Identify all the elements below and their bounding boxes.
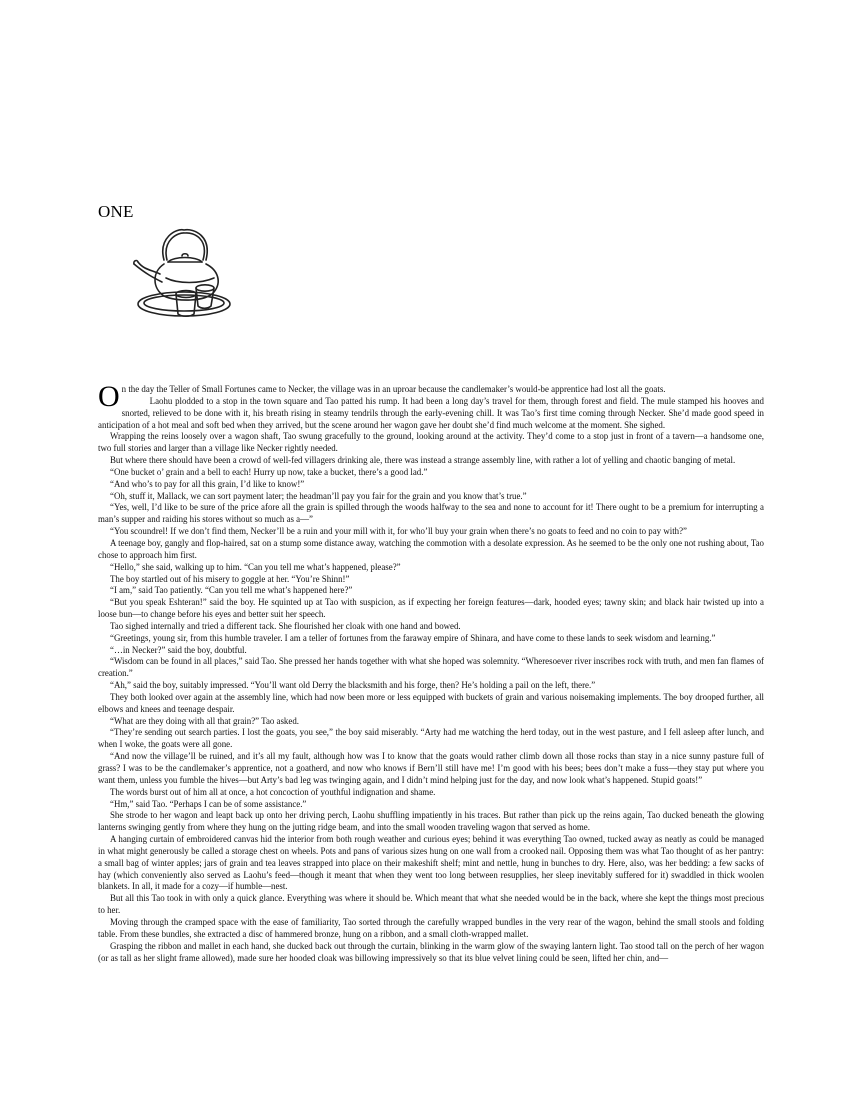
paragraph: “And now the village’ll be ruined, and i…	[98, 751, 764, 787]
paragraph: A teenage boy, gangly and flop-haired, s…	[98, 538, 764, 562]
paragraph: She strode to her wagon and leapt back u…	[98, 810, 764, 834]
paragraph: “Hello,” she said, walking up to him. “C…	[98, 562, 764, 574]
paragraph: “And who’s to pay for all this grain, I’…	[98, 479, 764, 491]
teapot-with-cups-icon	[128, 226, 236, 320]
paragraph: They both looked over again at the assem…	[98, 692, 764, 716]
chapter-title: ONE	[98, 202, 134, 222]
paragraph: “I am,” said Tao patiently. “Can you tel…	[98, 585, 764, 597]
paragraph: Grasping the ribbon and mallet in each h…	[98, 941, 764, 965]
paragraph: “But you speak Eshteran!” said the boy. …	[98, 597, 764, 621]
opening-line: n the day the Teller of Small Fortunes c…	[122, 384, 666, 394]
paragraph: The words burst out of him all at once, …	[98, 787, 764, 799]
paragraph: “Hm,” said Tao. “Perhaps I can be of som…	[98, 799, 764, 811]
paragraph: The boy startled out of his misery to go…	[98, 574, 764, 586]
chapter-body: On the day the Teller of Small Fortunes …	[98, 384, 764, 964]
paragraph: Laohu plodded to a stop in the town squa…	[98, 396, 764, 432]
paragraph: “Yes, well, I’d like to be sure of the p…	[98, 502, 764, 526]
paragraph: But all this Tao took in with only a qui…	[98, 893, 764, 917]
paragraph: Moving through the cramped space with th…	[98, 917, 764, 941]
paragraph: “You scoundrel! If we don’t find them, N…	[98, 526, 764, 538]
paragraph: “One bucket o’ grain and a bell to each!…	[98, 467, 764, 479]
paragraph: But where there should have been a crowd…	[98, 455, 764, 467]
paragraph: A hanging curtain of embroidered canvas …	[98, 834, 764, 893]
paragraph: Wrapping the reins loosely over a wagon …	[98, 431, 764, 455]
paragraph: “What are they doing with all that grain…	[98, 716, 764, 728]
drop-cap: O	[98, 385, 120, 409]
paragraph: Tao sighed internally and tried a differ…	[98, 621, 764, 633]
paragraph: “Wisdom can be found in all places,” sai…	[98, 656, 764, 680]
paragraph: “Oh, stuff it, Mallack, we can sort paym…	[98, 491, 764, 503]
paragraph: “Greetings, young sir, from this humble …	[98, 633, 764, 645]
paragraph: “They’re sending out search parties. I l…	[98, 727, 764, 751]
paragraph-opening: On the day the Teller of Small Fortunes …	[98, 384, 764, 396]
paragraph: “Ah,” said the boy, suitably impressed. …	[98, 680, 764, 692]
paragraph: “…in Necker?” said the boy, doubtful.	[98, 645, 764, 657]
